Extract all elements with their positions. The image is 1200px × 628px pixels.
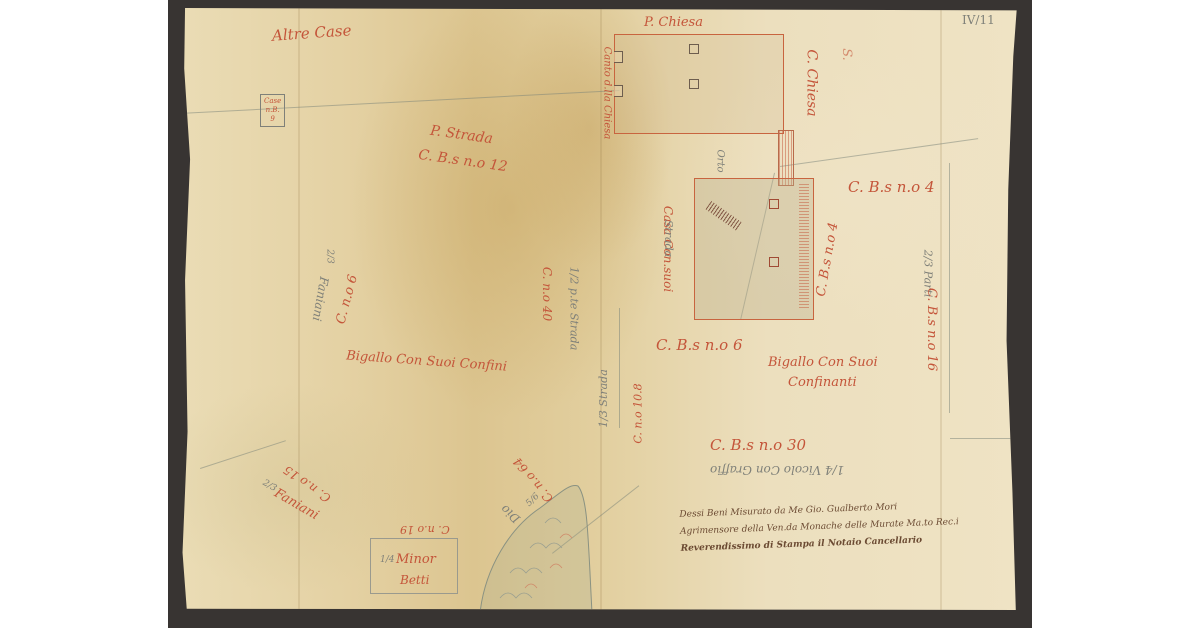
boundary-line bbox=[180, 90, 619, 114]
label-bigallo-right-2: Confinanti bbox=[788, 376, 857, 389]
label-minor-frac: 1/4 bbox=[380, 556, 394, 565]
label-chiesa: C. Chiesa bbox=[805, 49, 819, 116]
label-c-bs-4-vert: C. B.s n.o 4 bbox=[815, 221, 841, 297]
pillar-marker bbox=[689, 79, 699, 89]
label-c-bs-12: C. B.s n.o 12 bbox=[417, 148, 508, 174]
church-floor-plan bbox=[614, 34, 784, 134]
label-c-bs-30: C. B.s n.o 30 bbox=[710, 438, 806, 453]
case-box-line: n.B. bbox=[264, 106, 281, 115]
label-c-n-40: C. n.o 40 bbox=[541, 267, 553, 321]
staircase-hatching bbox=[706, 201, 743, 231]
boundary-line bbox=[200, 440, 286, 469]
case-box-line: 9 bbox=[264, 115, 281, 124]
label-c-n-10: C. n.o 10.8 bbox=[633, 383, 644, 443]
label-vicolo: 1/4 Vicolo Con Graffio bbox=[710, 464, 844, 476]
surveyor-inscription: Dessi Beni Misurato da Me Gio. Gualberto… bbox=[679, 497, 960, 558]
label-orto: Orto bbox=[715, 149, 725, 172]
case-box-label: Case n.B. 9 bbox=[260, 94, 285, 127]
label-strada-center: 1/2 p.te Strada bbox=[568, 267, 579, 351]
label-strada-vert: Strada bbox=[663, 220, 674, 257]
case-box-line: Case bbox=[264, 97, 281, 106]
label-p-chiesa: P. Chiesa bbox=[644, 16, 703, 29]
folio-mark: IV/11 bbox=[962, 14, 995, 26]
label-betti: Betti bbox=[400, 574, 429, 586]
label-faniani-frac: 2/3 bbox=[325, 249, 334, 263]
pillar-marker bbox=[689, 44, 699, 54]
wall-niche bbox=[614, 85, 623, 97]
pillar-marker bbox=[769, 257, 779, 267]
label-minor: Minor bbox=[396, 553, 436, 566]
label-c-bs-16: C. B.s n.o 16 bbox=[925, 288, 938, 371]
wall-niche bbox=[614, 51, 623, 63]
boundary-line bbox=[949, 163, 950, 413]
paper-fold bbox=[298, 8, 300, 613]
label-c-n-6: C. n.o 6 bbox=[334, 273, 360, 325]
map-sheet: Case n.B. 9 IV/11 Altre Case P. Strada C… bbox=[180, 8, 1020, 613]
label-c-n-19: C. n.o 19 bbox=[400, 524, 450, 535]
label-s-side: S. bbox=[840, 48, 853, 61]
label-canto-chiesa: Canto d.lla Chiesa bbox=[601, 47, 611, 140]
wall-hatching bbox=[799, 183, 809, 308]
pillar-marker bbox=[769, 199, 779, 209]
building-floor-plan bbox=[694, 178, 814, 320]
label-c-bs-4-top: C. B.s n.o 4 bbox=[848, 180, 935, 195]
boundary-line bbox=[619, 308, 620, 428]
label-faniani: Faniani bbox=[311, 276, 331, 322]
label-bigallo-right-1: Bigallo Con Suoi bbox=[768, 356, 878, 369]
label-altre-case: Altre Case bbox=[272, 23, 352, 44]
boundary-line bbox=[950, 438, 1020, 439]
label-bigallo-left: Bigallo Con Suoi Confini bbox=[346, 349, 508, 373]
label-strada-lower: 1/3 Strada bbox=[598, 369, 609, 428]
label-c-bs-6: C. B.s n.o 6 bbox=[656, 338, 743, 353]
label-p-strada: P. Strada bbox=[429, 124, 493, 147]
